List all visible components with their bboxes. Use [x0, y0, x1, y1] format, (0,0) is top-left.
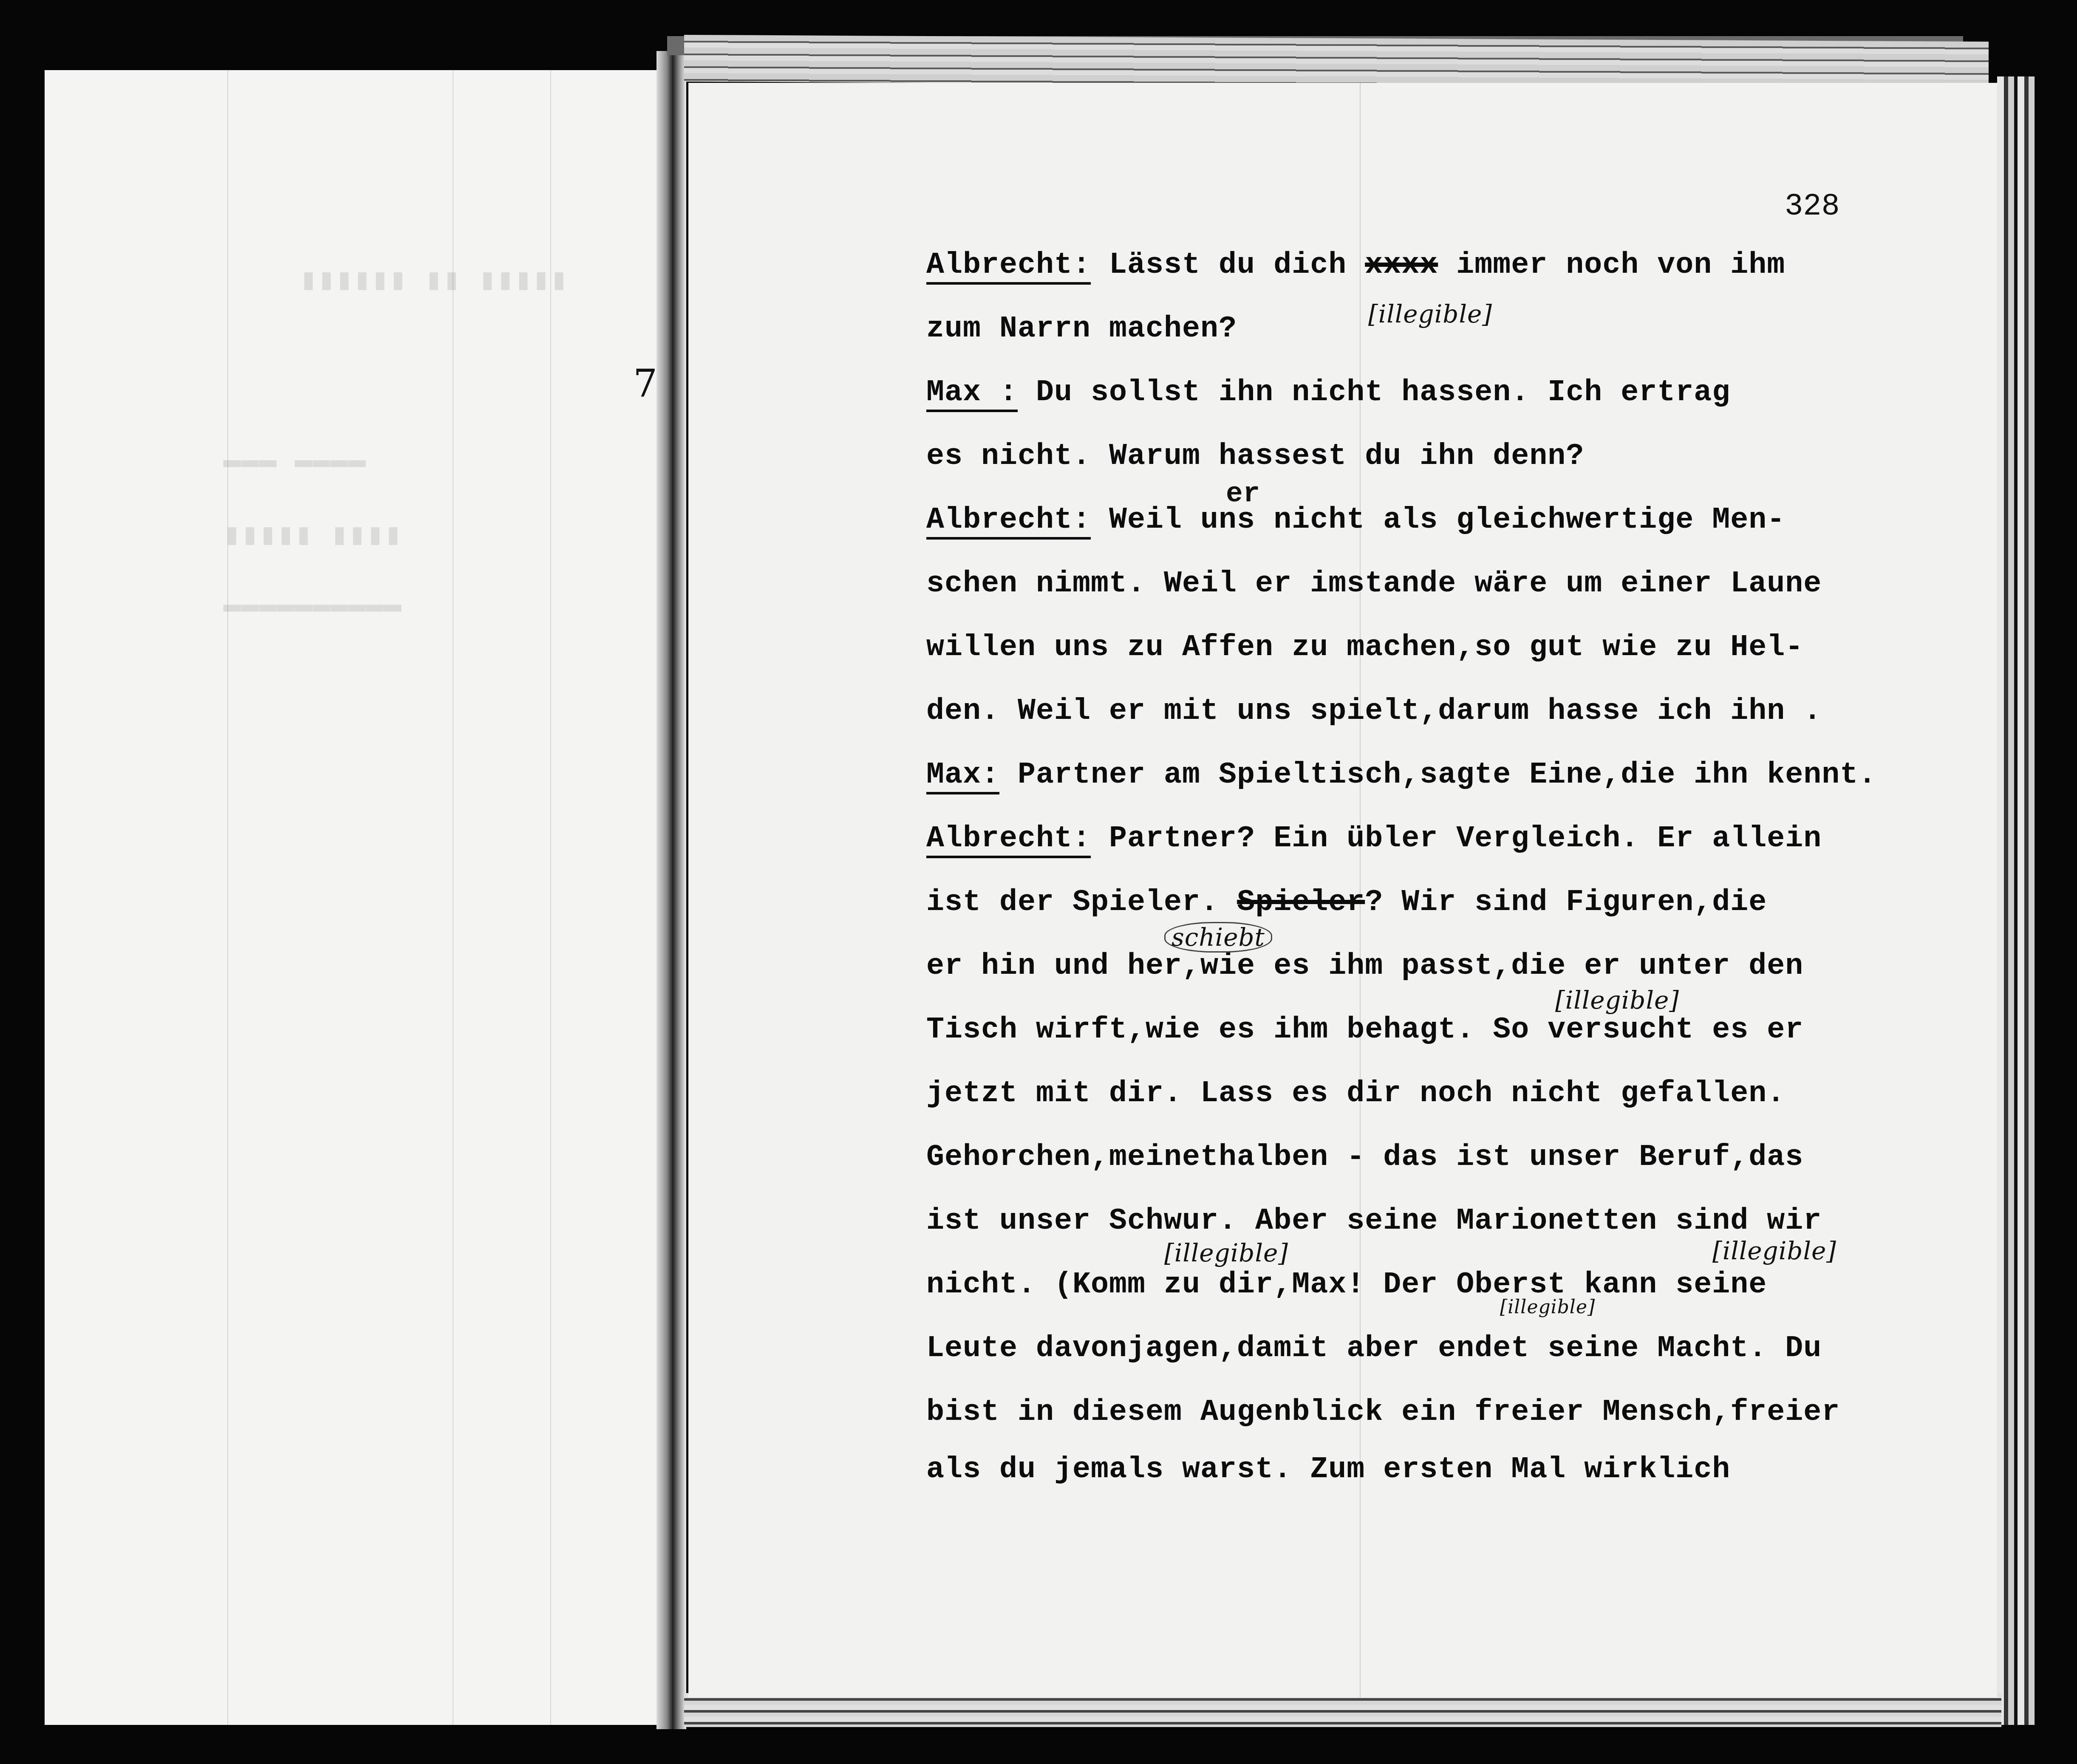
speaker-label: Max:	[926, 758, 999, 792]
handwritten-note: [illegible]	[1712, 1238, 1836, 1263]
line-text: zum Narrn machen?	[926, 312, 1237, 346]
page-crease	[227, 70, 228, 1725]
text-line: schen nimmt. Weil er imstande wäre um ei…	[926, 552, 1989, 616]
page-crease	[550, 70, 551, 1725]
text-line: nicht. (Komm zu dir,Max! Der Oberst kann…	[926, 1253, 1989, 1317]
margin-mark: 7	[633, 361, 657, 406]
line-text: ist der Spieler.	[926, 886, 1237, 919]
line-text: er hin und her,wie es ihm passt,die er u…	[926, 950, 1803, 983]
handwritten-note: [illegible]	[1555, 988, 1679, 1012]
line-text: ? Wir sind Figuren,die	[1365, 886, 1767, 919]
text-line: den. Weil er mit uns spielt,darum hasse …	[926, 680, 1989, 743]
line-text: es nicht. Warum hassest du ihn denn?	[926, 440, 1584, 473]
page-stack-top-edge	[684, 35, 1989, 88]
text-line: als du jemals warst. Zum ersten Mal wirk…	[926, 1445, 1989, 1495]
text-line: zum Narrn machen? [illegible]	[926, 297, 1989, 361]
manuscript-page: 328 Albrecht: Lässt du dich xxxx immer n…	[688, 83, 1997, 1697]
text-line: willen uns zu Affen zu machen,so gut wie…	[926, 616, 1989, 680]
left-facing-page: ▮▮▮▮▮▮ ▮▮ ▮▮▮▮▮ ▬▬▬ ▬▬▬▬ ▮▮▮▮▮ ▮▮▮▮ ▬▬▬▬…	[45, 70, 661, 1725]
line-text: den. Weil er mit uns spielt,darum hasse …	[926, 695, 1822, 728]
text-line: Tisch wirft,wie es ihm behagt. So versuc…	[926, 998, 1989, 1062]
text-line: es nicht. Warum hassest du ihn denn?	[926, 425, 1989, 489]
line-text: Lässt du dich	[1091, 249, 1365, 282]
struck-text: Spieler	[1237, 886, 1365, 919]
page-crease	[453, 70, 453, 1725]
page-stack-right-edge	[1997, 76, 2035, 1725]
handwritten-circled-note: schiebt	[1164, 922, 1272, 953]
text-line: Gehorchen,meinethalben - das ist unser B…	[926, 1126, 1989, 1190]
text-line: Albrecht: Weil uns nicht als gleichwerti…	[926, 489, 1989, 552]
typed-text-block: Albrecht: Lässt du dich xxxx immer noch …	[926, 234, 1989, 1495]
line-text: nicht. (Komm zu dir,Max! Der Oberst kann…	[926, 1268, 1767, 1302]
text-line: jetzt mit dir. Lass es dir noch nicht ge…	[926, 1062, 1989, 1126]
handwritten-note: [illegible]	[1164, 1241, 1288, 1265]
line-text: bist in diesem Augenblick ein freier Men…	[926, 1396, 1840, 1429]
text-line: Max: Partner am Spieltisch,sagte Eine,di…	[926, 743, 1989, 807]
line-text: Leute davonjagen,damit aber endet seine …	[926, 1332, 1822, 1365]
line-text: jetzt mit dir. Lass es dir noch nicht ge…	[926, 1077, 1785, 1111]
line-text: Weil uns nicht als gleichwertige Men-	[1091, 503, 1785, 537]
text-line: Albrecht: Partner? Ein übler Vergleich. …	[926, 807, 1989, 871]
line-text: willen uns zu Affen zu machen,so gut wie…	[926, 631, 1803, 664]
line-text: Gehorchen,meinethalben - das ist unser B…	[926, 1141, 1803, 1174]
line-text: Du sollst ihn nicht hassen. Ich ertrag	[1018, 376, 1730, 410]
text-line: Leute davonjagen,damit aber endet seine …	[926, 1317, 1989, 1381]
line-text: Partner? Ein übler Vergleich. Er allein	[1091, 822, 1822, 856]
line-text: als du jemals warst. Zum ersten Mal wirk…	[926, 1453, 1730, 1487]
text-line: Albrecht: Lässt du dich xxxx immer noch …	[926, 234, 1989, 297]
line-text: immer noch von ihm	[1438, 249, 1785, 282]
show-through-text: ▬▬▬ ▬▬▬▬	[223, 444, 366, 478]
page-number: 328	[1785, 189, 1840, 224]
handwritten-insertion: er	[1226, 480, 1260, 508]
line-text: schen nimmt. Weil er imstande wäre um ei…	[926, 567, 1822, 601]
show-through-text: ▮▮▮▮▮ ▮▮▮▮	[223, 516, 402, 553]
struck-text: xxxx	[1365, 249, 1438, 282]
speaker-label: Albrecht:	[926, 822, 1091, 856]
text-line: ist der Spieler. Spieler? Wir sind Figur…	[926, 871, 1989, 935]
speaker-label: Albrecht:	[926, 249, 1091, 282]
handwritten-note: [illegible]	[1368, 302, 1492, 326]
page-stack-bottom-edge	[684, 1693, 2001, 1727]
speaker-label: Max :	[926, 376, 1018, 410]
text-line: er hin und her,wie es ihm passt,die er u…	[926, 935, 1989, 998]
line-text: Tisch wirft,wie es ihm behagt. So versuc…	[926, 1013, 1803, 1047]
line-text: Partner am Spieltisch,sagte Eine,die ihn…	[999, 758, 1876, 792]
line-text: ist unser Schwur. Aber seine Marionetten…	[926, 1204, 1822, 1238]
text-line: bist in diesem Augenblick ein freier Men…	[926, 1381, 1989, 1445]
handwritten-note: [illegible]	[1500, 1298, 1595, 1317]
book-gutter	[656, 51, 686, 1729]
show-through-text: ▮▮▮▮▮▮ ▮▮ ▮▮▮▮▮	[300, 261, 568, 298]
text-line: Max : Du sollst ihn nicht hassen. Ich er…	[926, 361, 1989, 425]
speaker-label: Albrecht:	[926, 503, 1091, 537]
show-through-text: ▬▬▬▬▬▬▬▬▬▬	[223, 588, 402, 622]
